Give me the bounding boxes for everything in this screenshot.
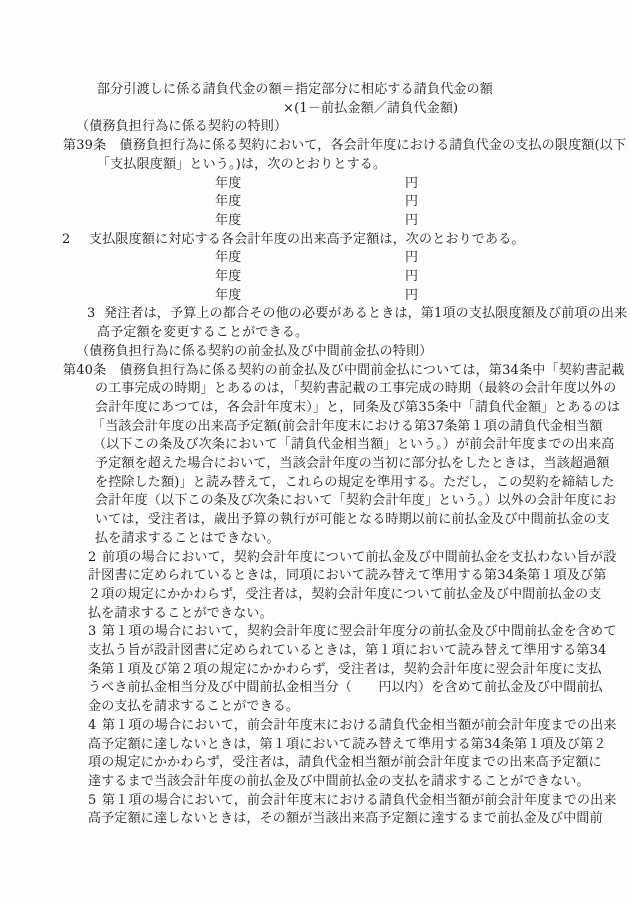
text-line: 円 (405, 269, 418, 284)
paragraph-number: 4 (88, 718, 96, 733)
text-line: を控除した額)」と読み替えて，これらの規定を準用する。ただし，この契約を締結した (95, 475, 615, 490)
text-line: 「当該会計年度の出来高予定額(前会計年度末における第37条第１項の請負代金相当額 (92, 419, 603, 434)
text-line: 金の支払を請求することができる。 (88, 699, 299, 714)
document-page: 部分引渡しに係る請負代金の額＝指定部分に相応する請負代金の額×(1－前払金額／請… (0, 0, 630, 903)
text-line: 第40条 債務負担行為に係る契約の前金払及び中間前金払については，第34条中「契… (63, 363, 625, 378)
text-line: 払を請求することはできない。 (95, 531, 280, 546)
text-line: 円 (405, 213, 418, 228)
text-line: （債務負担行為に係る契約の特則） (76, 119, 287, 134)
paragraph-number: 3 (88, 624, 96, 639)
text-line: （債務負担行為に係る契約の前金払及び中間前金払の特則） (76, 344, 432, 359)
paragraph-number: 2 (62, 232, 70, 247)
text-line: 年度 (215, 176, 241, 191)
text-line: うべき前払金相当分及び中間前払金相当分（ 円以内）を含めて前払金及び中間前払 (88, 680, 603, 695)
text-line: 円 (405, 288, 418, 303)
paragraph-number: 3 (87, 306, 95, 321)
paragraph-number: 5 (88, 793, 96, 808)
text-line: 円 (405, 176, 418, 191)
text-line: いては，受注者は，歳出予算の執行が可能となる時期以前に前払金及び中間前払金の支 (95, 512, 610, 527)
paragraph-number: 2 (88, 550, 96, 565)
text-line: 年度 (215, 194, 241, 209)
text-line: 達するまで当該会計年度の前払金及び中間前払金の支払を請求することができない。 (88, 774, 590, 789)
text-line: 会計年度にあつては，各会計年度末）」と，同条及び第35条中「請負代金額」とあるの… (95, 400, 620, 415)
text-line: 計図書に定められているときは，同項において読み替えて準用する第34条第１項及び第 (88, 568, 607, 583)
text-line: 会計年度（以下この条及び次条において「契約会計年度」という。）以外の会計年度にお (95, 493, 617, 508)
text-line: ２項の規定にかかわらず，受注者は，契約会計年度について前払金及び中間前払金の支 (88, 587, 602, 602)
text-line: 第１項の場合において，契約会計年度に翌会計年度分の前払金及び中間前払金を含めて (102, 624, 617, 639)
text-line: 「支払限度額」という。)は，次のとおりとする。 (97, 157, 386, 172)
text-line: 第39条 債務負担行為に係る契約において，各会計年度における請負代金の支払の限度… (63, 138, 626, 153)
text-line: 年度 (215, 269, 241, 284)
text-line: 支払限度額に対応する各会計年度の出来高予定額は，次のとおりである。 (89, 232, 525, 247)
text-line: 年度 (215, 213, 241, 228)
text-line: 年度 (215, 250, 241, 265)
text-line: の工事完成の時期」とあるのは，「契約書記載の工事完成の時期（最終の会計年度以外の (95, 381, 617, 396)
text-line: ×(1－前払金額／請負代金額) (283, 101, 458, 116)
text-line: 高予定額を変更することができる。 (97, 325, 308, 340)
text-line: 発注者は，予算上の都合その他の必要があるときは，第1項の支払限度額及び前項の出来 (104, 306, 627, 321)
text-line: 予定額を超えた場合において，当該会計年度の当初に部分払をしたときは，当該超過額 (95, 456, 610, 471)
text-line: 前項の場合において，契約会計年度について前払金及び中間前払金を支払わない旨が設 (102, 550, 616, 565)
text-line: （以下この条及び次条において「請負代金相当額」という。）が前会計年度までの出来高 (93, 437, 615, 452)
text-line: 項の規定にかかわらず，受注者は，請負代金相当額が前会計年度までの出来高予定額に (88, 755, 602, 770)
text-line: 払を請求することができない。 (88, 606, 273, 621)
text-line: 第１項の場合において，前会計年度末における請負代金相当額が前会計年度までの出来 (102, 718, 617, 733)
text-line: 支払う旨が設計図書に定められているときは，第１項において読み替えて準用する第34 (88, 643, 607, 658)
text-line: 高予定額に達しないときは，その額が当該出来高予定額に達するまで前払金及び中間前 (88, 811, 603, 826)
text-line: 条第１項及び第２項の規定にかかわらず，受注者は，契約会計年度に翌会計年度に支払 (88, 662, 602, 677)
text-line: 部分引渡しに係る請負代金の額＝指定部分に相応する請負代金の額 (97, 82, 493, 97)
text-line: 年度 (215, 288, 241, 303)
text-line: 円 (405, 250, 418, 265)
text-line: 円 (405, 194, 418, 209)
text-line: 第１項の場合において，前会計年度末における請負代金相当額が前会計年度までの出来 (102, 793, 617, 808)
text-line: 高予定額に達しないときは，第１項において読み替えて準用する第34条第１項及び第２ (88, 737, 607, 752)
